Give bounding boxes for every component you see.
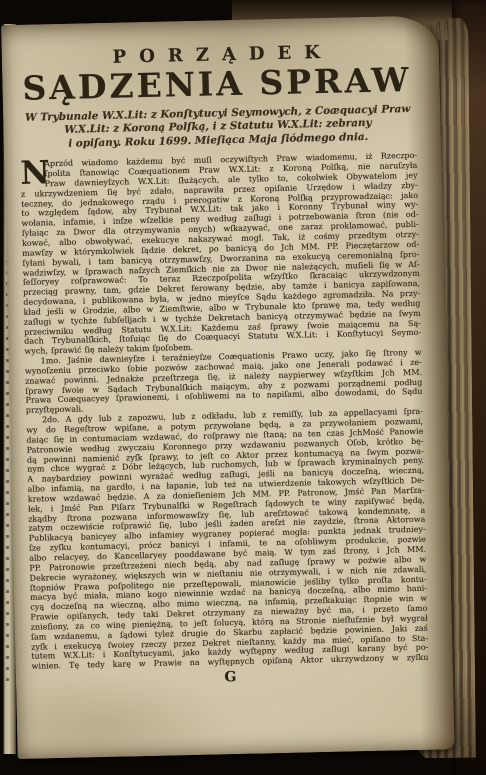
subtitle: W Trybunale W.X.Lit: z Konſtytucyi Seymo… (19, 103, 417, 152)
paragraph: NAprzód wiadomo każdemu być muſi oczywiſ… (20, 151, 421, 357)
drop-cap: N (20, 160, 45, 189)
page-title: SĄDZENIA SPRAW (18, 62, 416, 107)
paragraph: 2do. A gdy lub z zapozwu, lub z odkładu,… (26, 407, 429, 672)
body-text: NAprzód wiadomo każdemu być muſi oczywiſ… (20, 151, 429, 672)
book-photograph: { "document": { "kicker": "PORZĄDEK", "t… (0, 0, 486, 775)
page-header: PORZĄDEK SĄDZENIA SPRAW W Trybunale W.X.… (18, 42, 417, 152)
paragraph: 1mo. Jaśnie dawnieyſze i teraźnieyſze Co… (25, 348, 423, 416)
book-page: PORZĄDEK SĄDZENIA SPRAW W Trybunale W.X.… (1, 15, 455, 759)
page-content: PORZĄDEK SĄDZENIA SPRAW W Trybunale W.X.… (1, 15, 455, 759)
